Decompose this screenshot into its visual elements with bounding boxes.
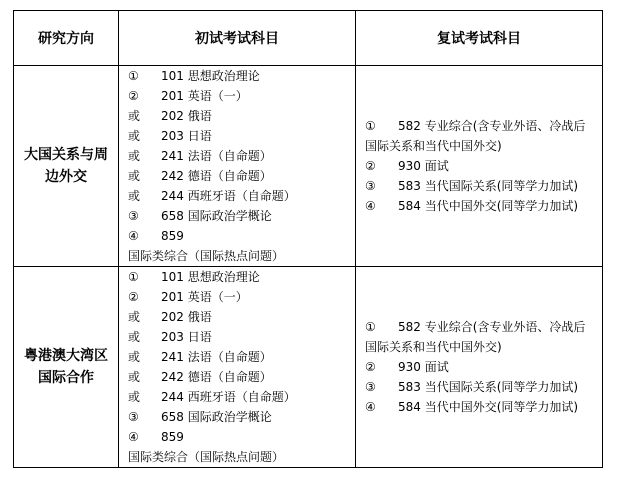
item-marker: ① (365, 317, 398, 337)
exam-name: 日语 (188, 129, 212, 143)
retest-exam-list: ①582 专业综合(含专业外语、冷战后国际关系和当代中国外交)②930 面试③5… (365, 116, 590, 216)
item-marker: 或 (128, 327, 161, 347)
exam-item: 或202 俄语 (128, 106, 343, 126)
exam-item: 或242 德语（自命题） (128, 367, 343, 387)
item-marker: ① (128, 66, 161, 86)
exam-item: ②930 面试 (365, 357, 590, 377)
item-marker: ④ (365, 196, 398, 216)
retest-exam-list: ①582 专业综合(含专业外语、冷战后国际关系和当代中国外交)②930 面试③5… (365, 317, 590, 417)
header-research-direction: 研究方向 (14, 11, 119, 66)
initial-exam-list: ①101 思想政治理论②201 英语（一）或202 俄语或203 日语或241 … (128, 267, 343, 467)
exam-name: 日语 (188, 330, 212, 344)
exam-code: 930 (398, 360, 421, 374)
exam-item: ①101 思想政治理论 (128, 267, 343, 287)
item-marker: ② (365, 357, 398, 377)
exam-code: 584 (398, 199, 421, 213)
item-marker: 或 (128, 367, 161, 387)
item-marker: ① (128, 267, 161, 287)
exam-item: ④859 国际类综合（国际热点问题） (128, 226, 343, 266)
item-marker: ③ (365, 176, 398, 196)
item-marker: 或 (128, 347, 161, 367)
exam-name: 当代国际关系(同等学力加试) (425, 179, 578, 193)
exam-name: 面试 (425, 360, 449, 374)
exam-name: 西班牙语（自命题） (188, 390, 296, 404)
exam-item: ②930 面试 (365, 156, 590, 176)
exam-item: ②201 英语（一） (128, 287, 343, 307)
exam-name: 德语（自命题） (188, 370, 272, 384)
table-row: 粤港澳大湾区国际合作 ①101 思想政治理论②201 英语（一）或202 俄语或… (14, 267, 603, 468)
item-marker: ④ (365, 397, 398, 417)
direction-cell: 粤港澳大湾区国际合作 (14, 267, 119, 468)
exam-name: 当代国际关系(同等学力加试) (425, 380, 578, 394)
item-marker: ④ (128, 427, 161, 447)
exam-code: 101 (161, 270, 184, 284)
retest-exam-cell: ①582 专业综合(含专业外语、冷战后国际关系和当代中国外交)②930 面试③5… (356, 267, 603, 468)
exam-name: 英语（一） (188, 89, 248, 103)
exam-name: 西班牙语（自命题） (188, 189, 296, 203)
exam-code: 859 (161, 430, 184, 444)
item-marker: 或 (128, 126, 161, 146)
exam-code: 242 (161, 169, 184, 183)
exam-item: 或241 法语（自命题） (128, 347, 343, 367)
exam-code: 201 (161, 290, 184, 304)
exam-code: 202 (161, 109, 184, 123)
exam-code: 201 (161, 89, 184, 103)
exam-name: 法语（自命题） (188, 350, 272, 364)
item-marker: 或 (128, 146, 161, 166)
exam-code: 859 (161, 229, 184, 243)
exam-code: 658 (161, 410, 184, 424)
exam-code: 101 (161, 69, 184, 83)
item-marker: 或 (128, 186, 161, 206)
exam-item: 或241 法语（自命题） (128, 146, 343, 166)
item-marker: ② (128, 287, 161, 307)
table-header-row: 研究方向 初试考试科目 复试考试科目 (14, 11, 603, 66)
table-row: 大国关系与周边外交 ①101 思想政治理论②201 英语（一）或202 俄语或2… (14, 66, 603, 267)
exam-name: 面试 (425, 159, 449, 173)
exam-item: 或203 日语 (128, 327, 343, 347)
header-initial-exam-subjects: 初试考试科目 (119, 11, 356, 66)
exam-code: 244 (161, 189, 184, 203)
exam-name: 英语（一） (188, 290, 248, 304)
exam-item: 或203 日语 (128, 126, 343, 146)
direction-cell: 大国关系与周边外交 (14, 66, 119, 267)
exam-code: 202 (161, 310, 184, 324)
retest-exam-cell: ①582 专业综合(含专业外语、冷战后国际关系和当代中国外交)②930 面试③5… (356, 66, 603, 267)
exam-item: ①582 专业综合(含专业外语、冷战后国际关系和当代中国外交) (365, 116, 590, 156)
initial-exam-list: ①101 思想政治理论②201 英语（一）或202 俄语或203 日语或241 … (128, 66, 343, 266)
exam-code: 658 (161, 209, 184, 223)
exam-item: 或244 西班牙语（自命题） (128, 387, 343, 407)
exam-subjects-table: 研究方向 初试考试科目 复试考试科目 大国关系与周边外交 ①101 思想政治理论… (13, 10, 603, 468)
exam-item: ④584 当代中国外交(同等学力加试) (365, 397, 590, 417)
exam-item: 或242 德语（自命题） (128, 166, 343, 186)
exam-code: 930 (398, 159, 421, 173)
exam-item: ③583 当代国际关系(同等学力加试) (365, 377, 590, 397)
exam-item: ①582 专业综合(含专业外语、冷战后国际关系和当代中国外交) (365, 317, 590, 357)
exam-name: 当代中国外交(同等学力加试) (425, 199, 578, 213)
exam-name: 国际类综合（国际热点问题） (128, 249, 284, 263)
exam-name: 国际政治学概论 (188, 410, 272, 424)
item-marker: ③ (128, 407, 161, 427)
initial-exam-cell: ①101 思想政治理论②201 英语（一）或202 俄语或203 日语或241 … (119, 66, 356, 267)
exam-code: 583 (398, 380, 421, 394)
header-retest-exam-subjects: 复试考试科目 (356, 11, 603, 66)
exam-item: ③658 国际政治学概论 (128, 206, 343, 226)
exam-item: ③583 当代国际关系(同等学力加试) (365, 176, 590, 196)
exam-name: 国际政治学概论 (188, 209, 272, 223)
exam-item: ③658 国际政治学概论 (128, 407, 343, 427)
exam-item: 或202 俄语 (128, 307, 343, 327)
item-marker: ① (365, 116, 398, 136)
item-marker: 或 (128, 106, 161, 126)
exam-code: 582 (398, 119, 421, 133)
exam-item: 或244 西班牙语（自命题） (128, 186, 343, 206)
exam-name: 国际类综合（国际热点问题） (128, 450, 284, 464)
page: 研究方向 初试考试科目 复试考试科目 大国关系与周边外交 ①101 思想政治理论… (0, 0, 619, 481)
exam-name: 思想政治理论 (188, 270, 260, 284)
exam-name: 当代中国外交(同等学力加试) (425, 400, 578, 414)
exam-name: 思想政治理论 (188, 69, 260, 83)
exam-name: 俄语 (188, 109, 212, 123)
exam-code: 584 (398, 400, 421, 414)
item-marker: ③ (365, 377, 398, 397)
exam-name: 法语（自命题） (188, 149, 272, 163)
exam-item: ④584 当代中国外交(同等学力加试) (365, 196, 590, 216)
exam-name: 德语（自命题） (188, 169, 272, 183)
exam-code: 244 (161, 390, 184, 404)
item-marker: 或 (128, 307, 161, 327)
initial-exam-cell: ①101 思想政治理论②201 英语（一）或202 俄语或203 日语或241 … (119, 267, 356, 468)
exam-code: 203 (161, 330, 184, 344)
item-marker: 或 (128, 166, 161, 186)
exam-code: 203 (161, 129, 184, 143)
exam-code: 582 (398, 320, 421, 334)
exam-item: ④859 国际类综合（国际热点问题） (128, 427, 343, 467)
exam-item: ②201 英语（一） (128, 86, 343, 106)
exam-item: ①101 思想政治理论 (128, 66, 343, 86)
item-marker: ④ (128, 226, 161, 246)
exam-code: 241 (161, 149, 184, 163)
exam-code: 583 (398, 179, 421, 193)
item-marker: ③ (128, 206, 161, 226)
exam-name: 俄语 (188, 310, 212, 324)
item-marker: ② (128, 86, 161, 106)
exam-code: 241 (161, 350, 184, 364)
item-marker: ② (365, 156, 398, 176)
exam-code: 242 (161, 370, 184, 384)
item-marker: 或 (128, 387, 161, 407)
